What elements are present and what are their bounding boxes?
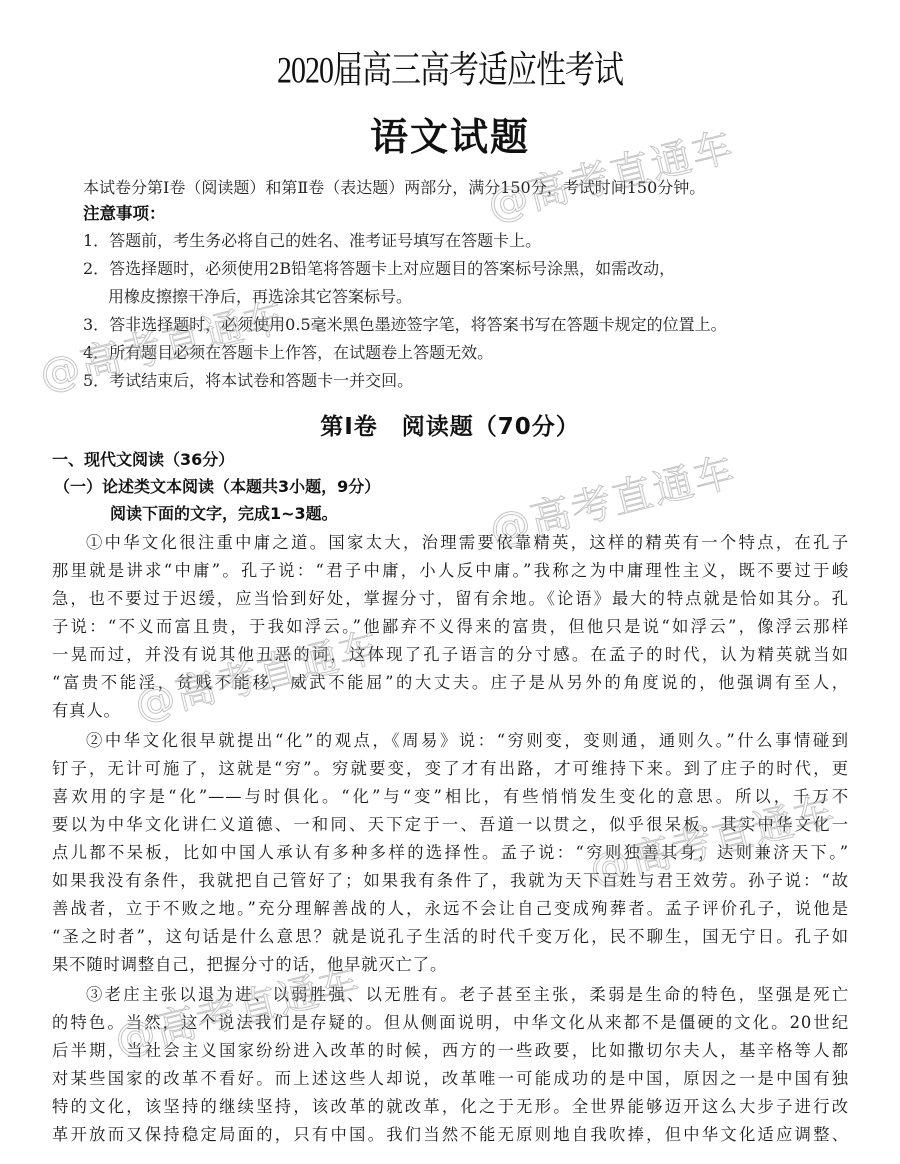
subpart-heading: （一）论述类文本阅读（本题共3小题，9分） xyxy=(54,477,380,497)
passage-line: “圣之时者”，这句话是什么意思？就是说孔子生活的时代千变万化，民不聊生，国无宁日… xyxy=(52,927,849,947)
passage-line: 对某些国家的改革不看好。而上述这些人却说，改革唯一可能成功的是中国，原因之一是中… xyxy=(52,1069,849,1089)
notice-item-3: 3．答非选择题时，必须使用0.5毫米黑色墨迹签字笔，将答案书写在答题卡规定的位置… xyxy=(83,315,727,335)
passage-line: 有真人。 xyxy=(52,701,849,721)
passage-line: 特的文化，该坚持的继续坚持，该改革的就改革，化之于无形。全世界能够迈开这么大步子… xyxy=(52,1097,849,1117)
notice-item-4: 4．所有题目必须在答题卡上作答，在试题卷上答题无效。 xyxy=(83,343,493,363)
passage-line: 喜欢用的字是“化”——与时俱化。“化”与“变”相比，有些悄悄发生变化的意思。所以… xyxy=(52,787,849,807)
passage-line: 点儿都不呆板，比如中国人承认有多种多样的选择性。孟子说：“穷则独善其身，达则兼济… xyxy=(52,843,849,863)
subject-title: 语文试题 xyxy=(0,106,900,161)
passage-line: 果不随时调整自己，把握分寸的话，他早就灭亡了。 xyxy=(52,955,849,975)
passage-line: 要以为中华文化讲仁义道德、一和同、天下定于一、吾道一以贯之，似乎很呆板。其实中华… xyxy=(52,815,849,835)
passage-line: 革开放而又保持稳定局面的，只有中国。我们当然不能无原则地自我吹捧，但中华文化适应… xyxy=(52,1125,849,1145)
passage-line: 善战者，立于不败之地。”充分理解善战的人，永远不会让自己变成殉葬者。孟子评价孔子… xyxy=(52,899,849,919)
passage-line: 后半期，当社会主义国家纷纷进入改革的时候，西方的一些政要，比如撒切尔夫人，基辛格… xyxy=(52,1041,849,1061)
passage-line: 急，也不要过于迟缓，应当恰到好处，掌握分寸，留有余地。《论语》最大的特点就是恰如… xyxy=(52,589,849,609)
passage-line: ①中华文化很注重中庸之道。国家太大，治理需要依靠精英，这样的精英有一个特点，在孔… xyxy=(86,533,849,553)
notice-item-1: 1．答题前，考生务必将自己的姓名、准考证号填写在答题卡上。 xyxy=(83,231,541,251)
part-heading: 一、现代文阅读（36分） xyxy=(52,450,234,470)
reading-instruction: 阅读下面的文字，完成1~3题。 xyxy=(110,504,338,524)
notice-item-5: 5．考试结束后，将本试卷和答题卡一并交回。 xyxy=(83,371,413,391)
passage-line: 子说：“不义而富且贵，于我如浮云。”他鄙弃不义得来的富贵，但他只是说“如浮云”，… xyxy=(52,617,849,637)
section-title: 第Ⅰ卷 阅读题（70分） xyxy=(0,408,900,441)
exam-intro: 本试卷分第Ⅰ卷（阅读题）和第Ⅱ卷（表达题）两部分，满分150分，考试时间150分… xyxy=(83,178,705,198)
passage-line: ③老庄主张以退为进、以弱胜强、以无胜有。老子甚至主张，柔弱是生命的特色，坚强是死… xyxy=(86,985,849,1005)
notice-item-2: 2．答选择题时，必须使用2B铅笔将答题卡上对应题目的答案标号涂黑，如需改动， xyxy=(83,259,675,279)
passage-line: 如果我没有条件，我就把自己管好了；如果我有条件了，我就为天下百姓与君王效劳。孙子… xyxy=(52,871,849,891)
passage-line: 一晃而过，并没有说其他丑恶的词，这体现了孔子语言的分寸感。在孟子的时代，认为精英… xyxy=(52,645,849,665)
exam-title: 2020届高三高考适应性考试 xyxy=(0,39,900,94)
passage-line: 钉子，无计可施了，这就是“穷”。穷就要变，变了才有出路，才可维持下来。到了庄子的… xyxy=(52,759,849,779)
passage-line: 的特色。当然，这个说法我们是存疑的。但从侧面说明，中华文化从来都不是僵硬的文化。… xyxy=(52,1013,849,1033)
notice-item-2-cont: 用橡皮擦擦干净后，再选涂其它答案标号。 xyxy=(108,287,412,307)
passage-line: 那里就是讲求“中庸”。孔子说：“君子中庸，小人反中庸。”我称之为中庸理性主义，既… xyxy=(52,561,849,581)
notice-heading: 注意事项： xyxy=(83,204,166,224)
passage-line: “富贵不能淫，贫贱不能移，威武不能屈”的大丈夫。庄子是从另外的角度说的，他强调有… xyxy=(52,673,849,693)
passage-line: ②中华文化很早就提出“化”的观点，《周易》说：“穷则变，变则通，通则久。”什么事… xyxy=(86,731,849,751)
